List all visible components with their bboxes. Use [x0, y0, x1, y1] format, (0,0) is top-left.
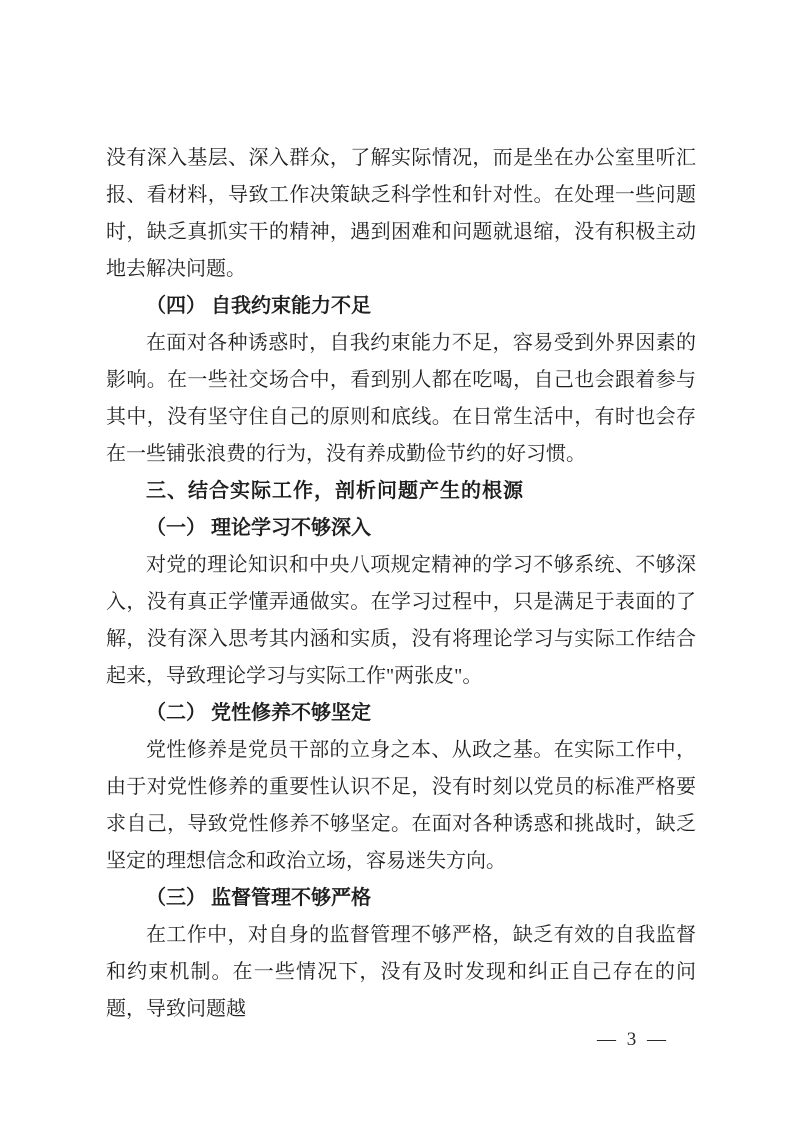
subsection-heading-1: （一） 理论学习不够深入 [106, 510, 696, 547]
paragraph: 在面对各种诱惑时，自我约束能力不足，容易受到外界因素的影响。在一些社交场合中，看… [106, 325, 696, 473]
document-body: 没有深入基层、深入群众，了解实际情况，而是坐在办公室里听汇报、看材料，导致工作决… [106, 140, 696, 1028]
paragraph: 党性修养是党员干部的立身之本、从政之基。在实际工作中，由于对党性修养的重要性认识… [106, 732, 696, 880]
section-heading-3: 三、结合实际工作，剖析问题产生的根源 [106, 473, 696, 510]
page-number: — 3 — [597, 1028, 669, 1052]
paragraph-continuation: 没有深入基层、深入群众，了解实际情况，而是坐在办公室里听汇报、看材料，导致工作决… [106, 140, 696, 288]
subsection-heading-4: （四） 自我约束能力不足 [106, 288, 696, 325]
document-page: 没有深入基层、深入群众，了解实际情况，而是坐在办公室里听汇报、看材料，导致工作决… [0, 0, 793, 1122]
subsection-heading-3: （三） 监督管理不够严格 [106, 880, 696, 917]
paragraph: 在工作中，对自身的监督管理不够严格，缺乏有效的自我监督和约束机制。在一些情况下，… [106, 917, 696, 1028]
subsection-heading-2: （二） 党性修养不够坚定 [106, 695, 696, 732]
paragraph: 对党的理论知识和中央八项规定精神的学习不够系统、不够深入，没有真正学懂弄通做实。… [106, 547, 696, 695]
